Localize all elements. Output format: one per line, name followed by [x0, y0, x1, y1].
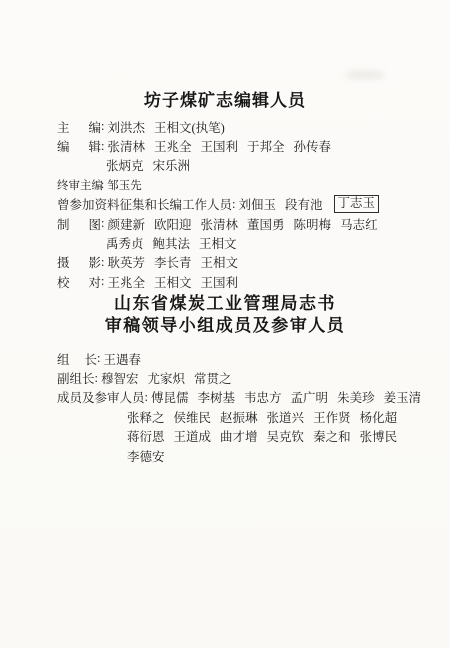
roster-line-proofreading: 校对:王兆全王相文王国利	[57, 272, 379, 291]
person-name: 禹秀贞	[106, 234, 144, 252]
person-name: 韦忠方	[244, 388, 282, 406]
roster-line-members-cont1: 张释之侯维民赵振琳张道兴王作贤杨化超	[57, 407, 421, 426]
person-name: 穆智宏	[101, 369, 139, 387]
label-colon: :	[101, 255, 104, 270]
roster-line-deputy-leaders: 副组长:穆智宏尤家炽常贯之	[57, 368, 421, 387]
person-name: 杨化超	[360, 408, 398, 426]
person-name: 曲才增	[220, 427, 258, 445]
person-name: 常贯之	[194, 369, 232, 387]
name-list-members: 傅昆儒李树基韦忠方孟广明朱美珍姜玉清	[151, 388, 421, 406]
review-section-title: 山东省煤炭工业管理局志书 审稿领导小组成员及参审人员	[0, 293, 450, 337]
label-char: 主	[57, 118, 70, 136]
person-name: 王相文	[199, 234, 237, 252]
name-list-photography: 耿英芳李长青王相文	[107, 253, 238, 271]
roster-line-cartography-cont1: 禹秀贞鲍其法王相文	[57, 233, 379, 252]
roster-label-editors: 编辑	[57, 137, 101, 155]
roster-line-members-cont2: 蒋衍恩王道成曲才增吴克钦秦之和张博民	[57, 427, 421, 446]
person-name: 李树基	[198, 388, 236, 406]
person-name: 尤家炽	[148, 369, 186, 387]
person-name: 张清林	[201, 215, 239, 233]
label-char: 组	[57, 350, 70, 368]
person-name: 邹玉先	[107, 177, 142, 193]
label-colon: :	[101, 179, 104, 191]
person-name: 吴克钦	[267, 427, 305, 445]
person-name: 于邦全	[247, 137, 285, 155]
roster-label-leader: 组长	[57, 350, 97, 368]
roster-label-photography: 摄影	[57, 253, 101, 271]
label-char: 影	[88, 253, 101, 271]
person-name: 蒋衍恩	[127, 427, 165, 445]
label-char: 摄	[57, 253, 70, 271]
person-name: 朱美珍	[337, 388, 375, 406]
person-name: 颜建新	[107, 215, 145, 233]
person-name: 王兆全	[107, 273, 145, 291]
name-list-proofreading: 王兆全王相文王国利	[107, 273, 238, 291]
person-name: 刘洪杰	[107, 118, 145, 136]
person-name: 赵振琳	[220, 408, 258, 426]
label-char: 校	[57, 273, 70, 291]
person-name: 王相文	[201, 253, 239, 271]
label-colon: :	[101, 139, 104, 154]
person-name: 段有池	[285, 195, 323, 213]
person-name: 王兆全	[154, 137, 192, 155]
scan-artifact	[345, 70, 385, 80]
roster-label-contributors: 曾参加资料征集和长编工作人员	[57, 195, 232, 213]
person-name: 张博民	[360, 427, 398, 445]
person-name: 鲍其法	[153, 234, 191, 252]
person-name: 王作贤	[313, 408, 351, 426]
label-colon: :	[95, 371, 98, 386]
roster-line-editors-cont1: 张炳克宋乐洲	[57, 156, 379, 175]
roster-label-chief-editor: 主编	[57, 118, 101, 136]
label-char: 对	[88, 273, 101, 291]
person-name: 耿英芳	[107, 253, 145, 271]
name-list-editors: 张炳克宋乐洲	[106, 156, 190, 174]
label-char: 编	[57, 137, 70, 155]
person-name: 马志红	[340, 215, 378, 233]
person-name: 董国勇	[247, 215, 285, 233]
scanned-book-page: 坊子煤矿志编辑人员 主编:刘洪杰王相文(执笔)编辑:张清林王兆全王国利于邦全孙传…	[0, 0, 450, 648]
name-list-leader: 王遇春	[103, 350, 141, 368]
label-colon: :	[101, 216, 104, 231]
person-name: 刘佃玉	[239, 195, 277, 213]
name-list-chief-editor: 刘洪杰王相文(执笔)	[107, 118, 224, 136]
roster-label-deputy-leaders: 副组长	[57, 369, 95, 387]
roster-line-contributors: 曾参加资料征集和长编工作人员:刘佃玉段有池丁志玉	[57, 195, 379, 214]
roster-label-cartography: 制图	[57, 215, 101, 233]
person-name-boxed: 丁志玉	[334, 195, 380, 213]
person-name: 李长青	[154, 253, 192, 271]
person-name: 姜玉清	[384, 388, 422, 406]
person-name: 张道兴	[267, 408, 305, 426]
person-name: 秦之和	[313, 427, 351, 445]
label-colon: :	[101, 274, 104, 289]
name-list-editors: 张清林王兆全王国利于邦全孙传春	[107, 137, 331, 155]
label-char: 长	[84, 350, 97, 368]
review-roster: 组长:王遇春副组长:穆智宏尤家炽常贯之成员及参审人员:傅昆儒李树基韦忠方孟广明朱…	[57, 349, 421, 465]
person-name: 王国利	[201, 273, 239, 291]
label-char: 终	[57, 177, 69, 193]
roster-line-leader: 组长:王遇春	[57, 349, 421, 368]
person-name: 宋乐洲	[153, 156, 191, 174]
person-name: 王相文	[154, 273, 192, 291]
label-char: 主	[80, 177, 92, 193]
roster-line-members: 成员及参审人员:傅昆儒李树基韦忠方孟广明朱美珍姜玉清	[57, 388, 421, 407]
name-list-deputy-leaders: 穆智宏尤家炽常贯之	[101, 369, 232, 387]
name-list-members: 李德安	[127, 447, 165, 465]
editors-section-title: 坊子煤矿志编辑人员	[0, 86, 450, 111]
person-name: 张炳克	[106, 156, 144, 174]
person-name: 傅昆儒	[151, 388, 189, 406]
name-list-cartography: 颜建新欧阳迎张清林董国勇陈明梅马志红	[107, 215, 377, 233]
label-char: 制	[57, 215, 70, 233]
label-colon: :	[232, 197, 235, 212]
roster-line-photography: 摄影:耿英芳李长青王相文	[57, 253, 379, 272]
person-name: 王相文(执笔)	[154, 118, 225, 136]
roster-label-proofreading: 校对	[57, 273, 101, 291]
name-list-cartography: 禹秀贞鲍其法王相文	[106, 234, 237, 252]
person-name: 侯维民	[174, 408, 212, 426]
review-title-line2: 审稿领导小组成员及参审人员	[0, 315, 450, 337]
label-colon: :	[97, 351, 100, 366]
person-name: 张清林	[107, 137, 145, 155]
name-list-members: 蒋衍恩王道成曲才增吴克钦秦之和张博民	[127, 427, 397, 445]
roster-label-final-editor: 终审主编	[57, 177, 101, 193]
roster-line-editors: 编辑:张清林王兆全王国利于邦全孙传春	[57, 136, 379, 155]
review-title-line1: 山东省煤炭工业管理局志书	[0, 293, 450, 315]
name-list-members: 张释之侯维民赵振琳张道兴王作贤杨化超	[127, 408, 397, 426]
person-name: 孙传春	[294, 137, 332, 155]
label-char: 图	[88, 215, 101, 233]
person-name: 李德安	[127, 447, 165, 465]
person-name: 张释之	[127, 408, 165, 426]
person-name: 欧阳迎	[154, 215, 192, 233]
person-name: 王遇春	[103, 350, 141, 368]
label-char: 审	[69, 177, 81, 193]
roster-line-members-cont3: 李德安	[57, 446, 421, 465]
person-name: 孟广明	[291, 388, 329, 406]
person-name: 王国利	[201, 137, 239, 155]
person-name: 陈明梅	[294, 215, 332, 233]
label-char: 辑	[88, 137, 101, 155]
name-list-final-editor: 邹玉先	[107, 177, 142, 193]
roster-line-cartography: 制图:颜建新欧阳迎张清林董国勇陈明梅马志红	[57, 214, 379, 233]
roster-label-members: 成员及参审人员	[57, 388, 145, 406]
roster-line-final-editor: 终审主编:邹玉先	[57, 175, 379, 194]
editors-roster: 主编:刘洪杰王相文(执笔)编辑:张清林王兆全王国利于邦全孙传春张炳克宋乐洲终审主…	[57, 117, 379, 292]
roster-line-chief-editor: 主编:刘洪杰王相文(执笔)	[57, 117, 379, 136]
person-name: 王道成	[174, 427, 212, 445]
name-list-contributors: 刘佃玉段有池丁志玉	[239, 195, 380, 213]
label-colon: :	[101, 119, 104, 134]
label-char: 编	[88, 118, 101, 136]
label-colon: :	[145, 390, 148, 405]
